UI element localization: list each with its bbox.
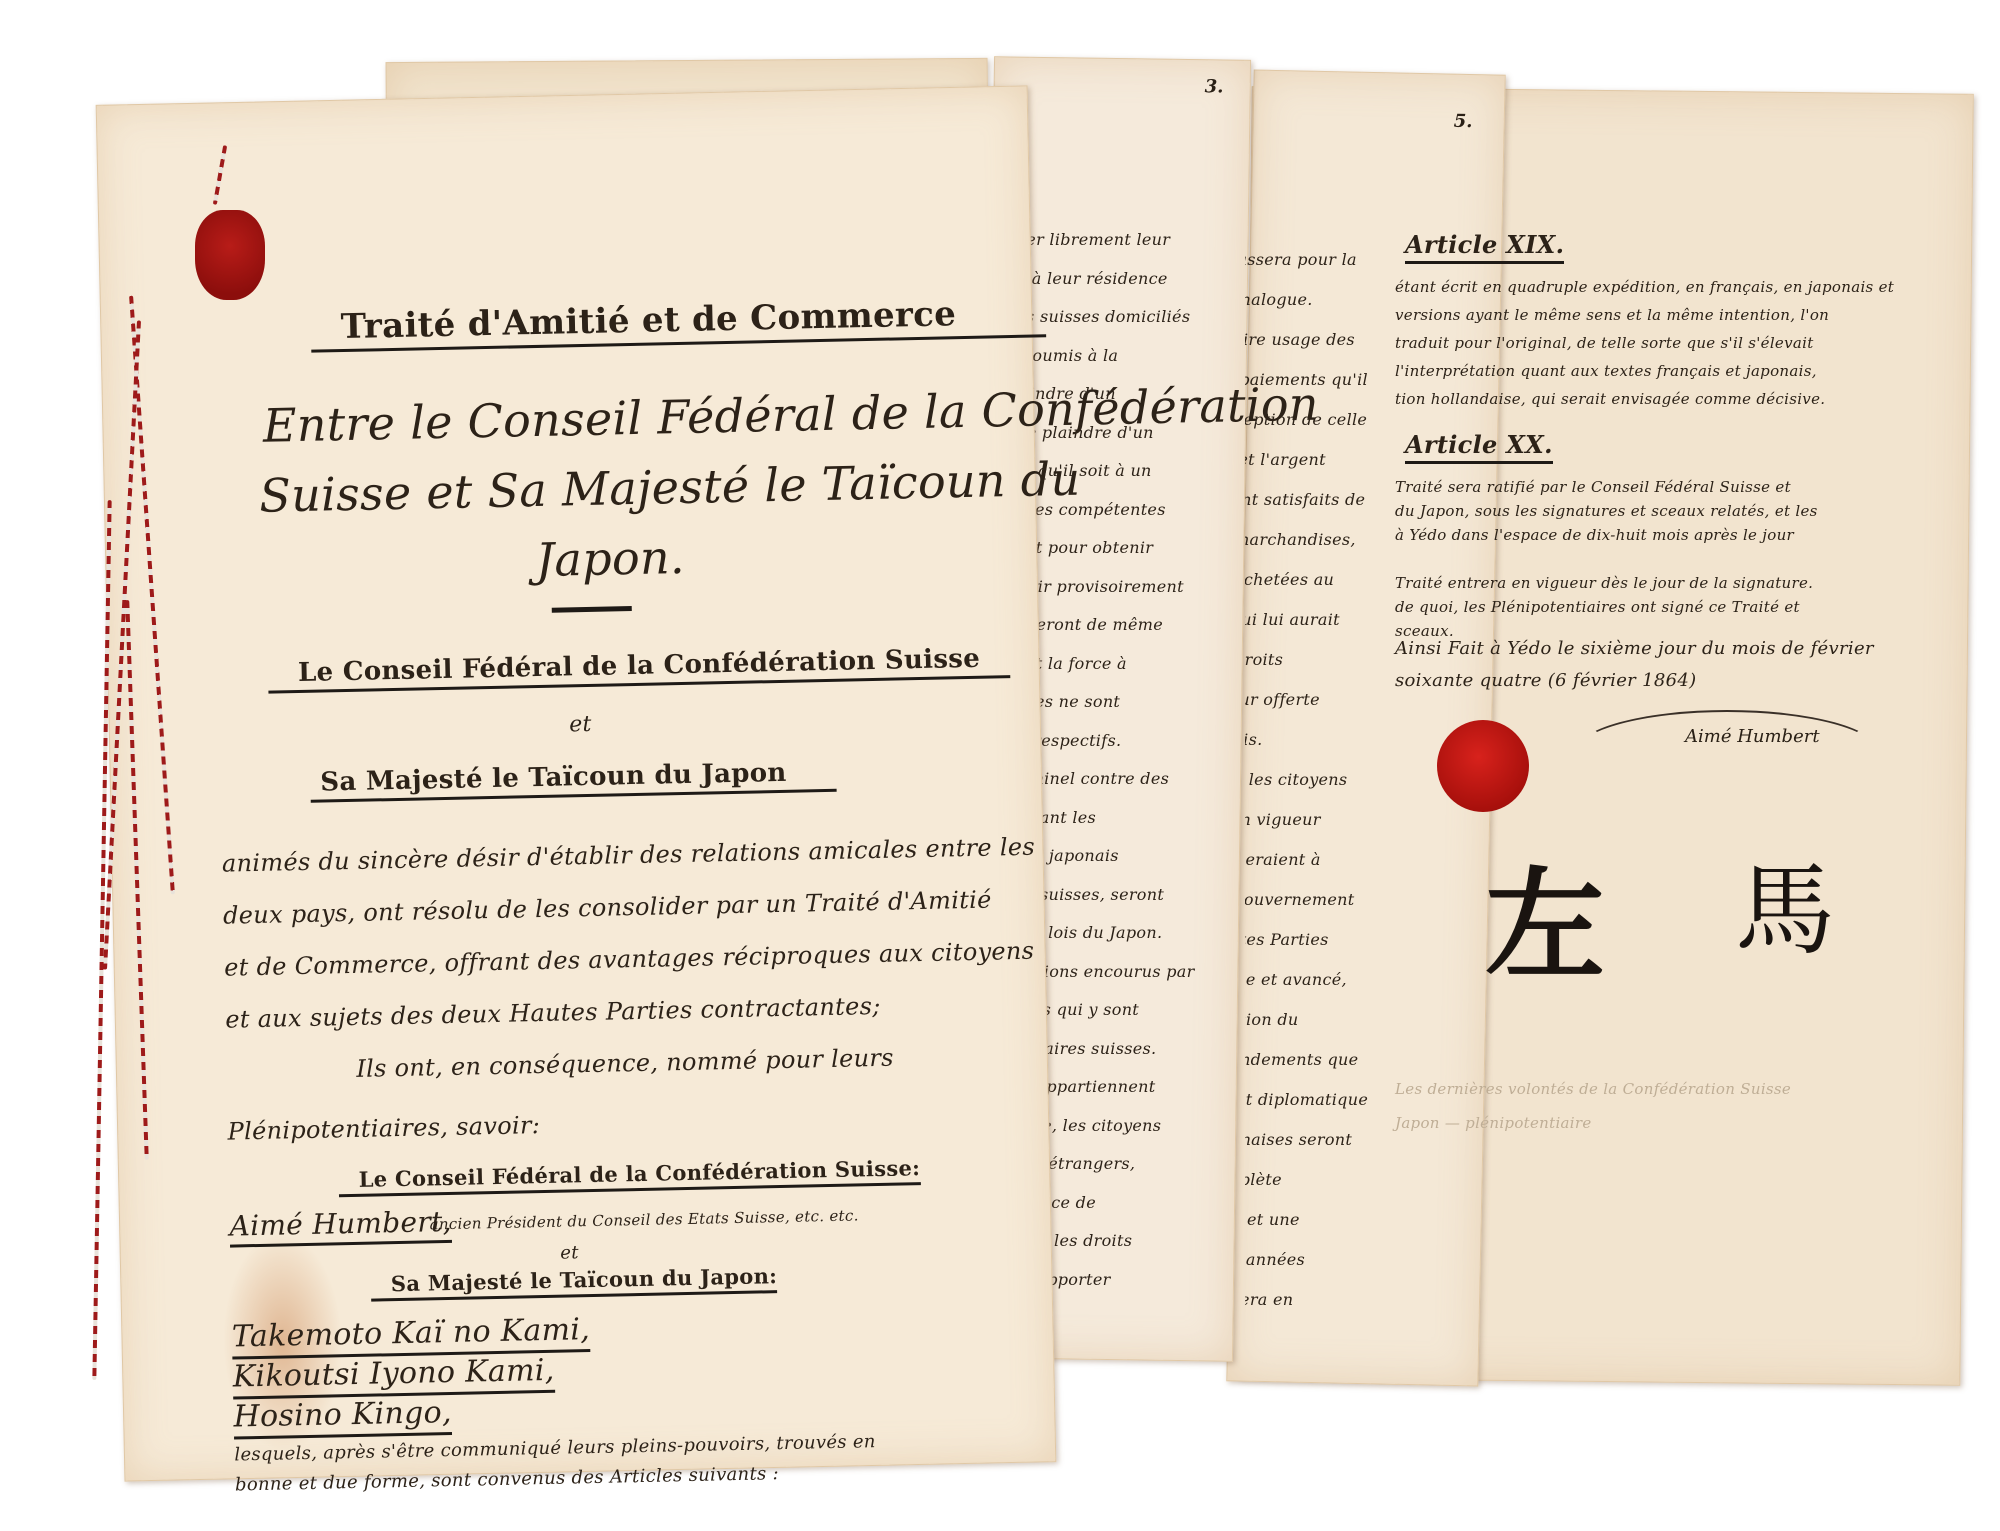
preamble-line-4: et aux sujets des deux Hautes Parties co… xyxy=(225,992,881,1034)
title-divider xyxy=(552,606,632,613)
handwritten-line: les marchandises, xyxy=(1245,530,1356,549)
handwritten-line: rabais. xyxy=(1245,730,1262,749)
article-19-line: versions ayant le même sens et la même i… xyxy=(1395,306,1829,324)
handwritten-line: et et les citoyens xyxy=(1245,770,1347,789)
article-20-heading: Article XX. xyxy=(1405,430,1553,464)
binding-cord-loose-3 xyxy=(92,500,111,1380)
japanese-delegate-3: Hosino Kingo, xyxy=(233,1395,452,1440)
handwritten-line: japonaises seront xyxy=(1245,1130,1352,1149)
swiss-delegate-title: ancien Président du Conseil des Etats Su… xyxy=(429,1206,858,1233)
swiss-signature: Aimé Humbert xyxy=(1575,700,1895,800)
article-19-line: tion hollandaise, qui serait envisagée c… xyxy=(1395,390,1825,408)
handwritten-line: sées et une xyxy=(1245,1210,1300,1229)
party-conjunction: et xyxy=(569,712,592,737)
plenipotentiaries-heading-japan: Sa Majesté le Taïcoun du Japon: xyxy=(371,1263,778,1302)
page-number: 3. xyxy=(1205,76,1224,97)
handwritten-line: entrera en xyxy=(1245,1290,1293,1309)
faded-line: Japon — plénipotentiaire xyxy=(1395,1114,1592,1132)
article-19-line: traduit pour l'original, de telle sorte … xyxy=(1395,334,1814,352)
party-1: Le Conseil Fédéral de la Confédération S… xyxy=(268,643,1011,694)
japanese-signature-char-2: 馬 xyxy=(1735,830,1835,974)
wax-seal-red xyxy=(1437,720,1529,812)
article-20-line: du Japon, sous les signatures et sceaux … xyxy=(1395,502,1818,520)
preamble-line-3: et de Commerce, offrant des avantages ré… xyxy=(224,937,1035,982)
handwritten-line: de qui lui aurait xyxy=(1245,610,1340,629)
handwritten-line: l'or et l'argent xyxy=(1245,450,1326,469)
article-20-line: Traité entrera en vigueur dès le jour de… xyxy=(1395,574,1813,592)
handwritten-line: amendements que xyxy=(1245,1050,1358,1069)
handwritten-line: qui seraient à xyxy=(1245,850,1321,869)
handwritten-line: complète xyxy=(1245,1170,1282,1189)
japanese-delegate-2: Kikoutsi Iyono Kami, xyxy=(232,1353,555,1400)
dating-line: Ainsi Fait à Yédo le sixième jour du moi… xyxy=(1395,638,1874,659)
handwritten-line: valeur offerte xyxy=(1245,690,1320,709)
handwritten-line: de analogue. xyxy=(1245,290,1313,309)
handwritten-line: agent diplomatique xyxy=(1245,1090,1368,1109)
handwritten-line: Hautes Parties xyxy=(1245,930,1329,949)
handwritten-line: révision du xyxy=(1245,1010,1298,1029)
wax-seal-cord xyxy=(195,210,265,300)
subtitle-line-3: Japon. xyxy=(535,530,685,587)
preamble-line-1: animés du sincère désir d'établir des re… xyxy=(222,833,1035,878)
preamble-line-5: Ils ont, en conséquence, nommé pour leur… xyxy=(356,1044,894,1083)
preamble-line-6: Plénipotentiaires, savoir: xyxy=(227,1111,540,1146)
handwritten-line: de en vigueur xyxy=(1245,810,1321,829)
article-20-line: de quoi, les Plénipotentiaires ont signé… xyxy=(1395,598,1800,616)
handwritten-line: année et avancé, xyxy=(1245,970,1347,989)
preamble-line-2: deux pays, ont résolu de les consolider … xyxy=(223,886,992,930)
final-page-text: Article XIX. étant écrit en quadruple ex… xyxy=(1395,220,1955,1320)
title-page-content: Traité d'Amitié et de Commerce Entre le … xyxy=(200,273,1024,1449)
page-number: 5. xyxy=(1454,111,1473,132)
handwritten-line: au Gouvernement xyxy=(1245,890,1354,909)
article-19-line: étant écrit en quadruple expédition, en … xyxy=(1395,278,1894,296)
article-20-line: à Yédo dans l'espace de dix-huit mois ap… xyxy=(1395,526,1794,544)
subtitle-line-2: Suisse et Sa Majesté le Taïcoun du xyxy=(259,452,1081,523)
dating-line: soixante quatre (6 février 1864) xyxy=(1395,670,1696,691)
swiss-delegate-name: Aimé Humbert, xyxy=(229,1205,452,1248)
article-19-heading: Article XIX. xyxy=(1405,230,1564,264)
handwritten-line: et faire usage des xyxy=(1245,330,1355,349)
article-20-line: Traité sera ratifié par le Conseil Fédér… xyxy=(1395,478,1791,496)
article-19-line: l'interprétation quant aux textes frança… xyxy=(1395,362,1817,380)
plenipotentiaries-heading-swiss: Le Conseil Fédéral de la Confédération S… xyxy=(338,1155,920,1197)
document-title: Traité d'Amitié et de Commerce xyxy=(310,292,1046,352)
handwritten-line: sept années xyxy=(1245,1250,1305,1269)
plenipotentiaries-conjunction: et xyxy=(560,1242,579,1263)
handwritten-line: seront satisfaits de xyxy=(1245,490,1365,509)
japanese-signature-char-1: 左 xyxy=(1485,830,1605,1002)
handwritten-line: les droits xyxy=(1245,650,1283,669)
faded-line: Les dernières volontés de la Confédérati… xyxy=(1395,1080,1791,1098)
handwritten-line: les achetées au xyxy=(1245,570,1334,589)
handwritten-line: et passera pour la xyxy=(1245,250,1357,269)
party-2: Sa Majesté le Taïcoun du Japon xyxy=(310,757,837,803)
